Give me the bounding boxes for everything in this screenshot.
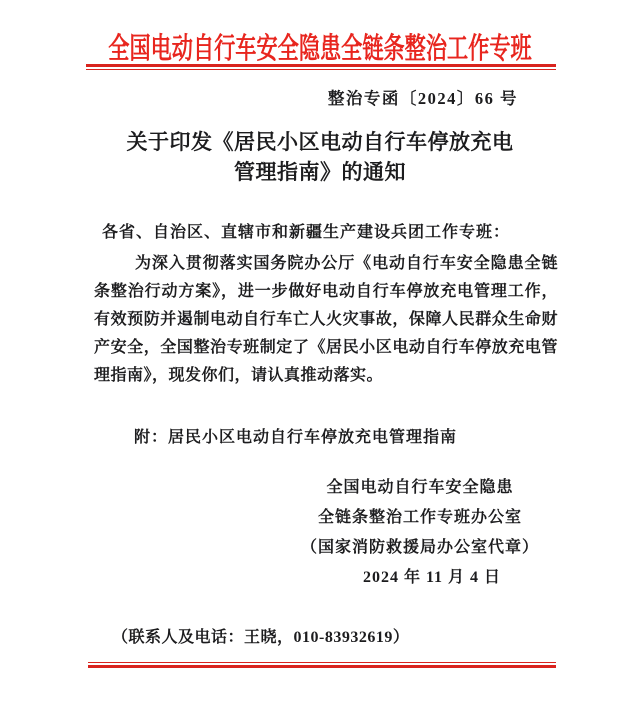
notice-title-line1: 关于印发《居民小区电动自行车停放充电 bbox=[0, 127, 640, 157]
notice-title-line2: 管理指南》的通知 bbox=[0, 157, 640, 187]
signature-block: 全国电动自行车安全隐患 全链条整治工作专班办公室 （国家消防救援局办公室代章） … bbox=[260, 473, 580, 593]
agency-letterhead-title: 全国电动自行车安全隐患全链条整治工作专班 bbox=[86, 26, 553, 67]
signature-org-line1: 全国电动自行车安全隐患 bbox=[260, 473, 580, 503]
signature-date: 2024 年 11 月 4 日 bbox=[260, 563, 580, 593]
footer-rule bbox=[88, 662, 556, 668]
notice-title: 关于印发《居民小区电动自行车停放充电 管理指南》的通知 bbox=[0, 127, 640, 187]
doc-number: 整治专函〔2024〕66 号 bbox=[0, 85, 518, 109]
signature-org-line3: （国家消防救援局办公室代章） bbox=[260, 533, 580, 563]
salutation: 各省、自治区、直辖市和新疆生产建设兵团工作专班： bbox=[102, 219, 510, 242]
signature-org-line2: 全链条整治工作专班办公室 bbox=[260, 503, 580, 533]
letterhead-rule bbox=[86, 64, 556, 70]
attachment-line: 附：居民小区电动自行车停放充电管理指南 bbox=[134, 424, 457, 447]
body-paragraph: 为深入贯彻落实国务院办公厅《电动自行车安全隐患全链条整治行动方案》，进一步做好电… bbox=[94, 250, 558, 390]
contact-line: （联系人及电话：王晓，010-83932619） bbox=[112, 624, 409, 647]
document-page: 全国电动自行车安全隐患全链条整治工作专班 整治专函〔2024〕66 号 关于印发… bbox=[0, 0, 640, 706]
